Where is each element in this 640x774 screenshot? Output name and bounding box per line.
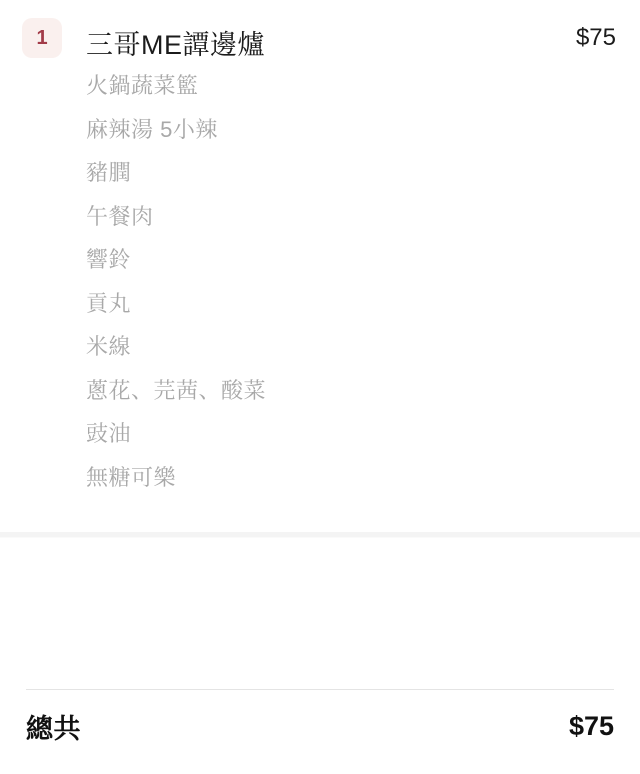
item-price: $75 [576, 18, 618, 52]
modifier-item: 火鍋蔬菜籃 [86, 64, 618, 108]
total-label: 總共 [26, 707, 81, 746]
total-amount: $75 [569, 711, 614, 742]
total-row: 總共 $75 [26, 689, 614, 770]
modifier-item: 響鈴 [86, 238, 618, 282]
item-name: 三哥ME譚邊爐 [86, 18, 265, 62]
modifier-item: 豬膶 [86, 151, 618, 195]
quantity-badge: 1 [22, 18, 62, 58]
modifier-item: 蔥花、芫茜、酸菜 [86, 369, 618, 413]
modifier-item: 無糖可樂 [86, 456, 618, 500]
modifier-list: 火鍋蔬菜籃麻辣湯 5小辣豬膶午餐肉響鈴貢丸米線蔥花、芫茜、酸菜豉油無糖可樂 [86, 64, 618, 532]
order-item-row[interactable]: 1 三哥ME譚邊爐 $75 [22, 18, 618, 62]
modifier-item: 貢丸 [86, 282, 618, 326]
modifier-item: 豉油 [86, 412, 618, 456]
modifier-item: 午餐肉 [86, 195, 618, 239]
modifier-item: 米線 [86, 325, 618, 369]
order-summary-section: 1 三哥ME譚邊爐 $75 火鍋蔬菜籃麻辣湯 5小辣豬膶午餐肉響鈴貢丸米線蔥花、… [0, 0, 640, 532]
empty-area [0, 538, 640, 689]
modifier-item: 麻辣湯 5小辣 [86, 108, 618, 152]
